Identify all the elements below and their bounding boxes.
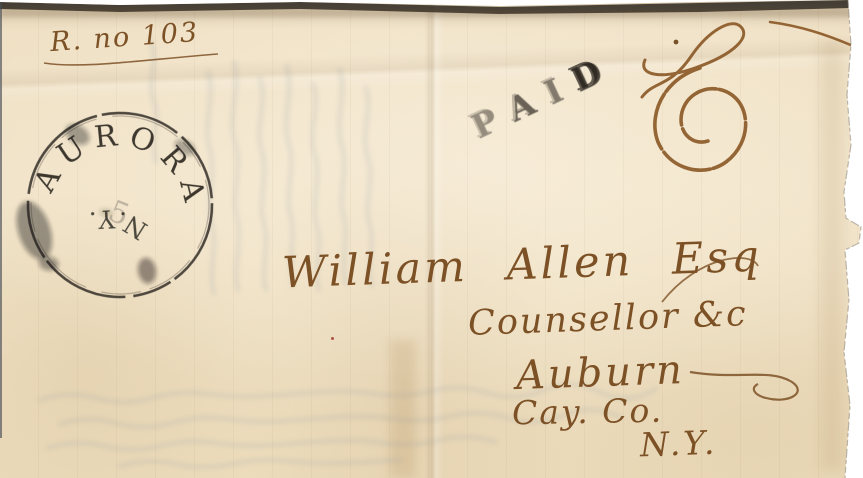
red-ink-speck	[331, 337, 334, 340]
rate-marking-flourish-5: 5	[600, 0, 863, 200]
docket-underline-flourish	[42, 50, 222, 70]
esquire-pen-flourish	[650, 244, 770, 314]
paper-top-edge	[0, 0, 863, 26]
folded-letter-cover: R. no 103 AURORA N.Y. 5	[0, 0, 863, 478]
auburn-tail-flourish	[688, 360, 818, 410]
scanned-letter-background: R. no 103 AURORA N.Y. 5	[0, 0, 863, 478]
aurora-circular-postmark: AURORA N.Y. 5	[8, 103, 238, 313]
address-state: N.Y.	[639, 423, 718, 465]
paper-left-edge	[0, 0, 2, 438]
torn-right-edge	[835, 0, 863, 478]
